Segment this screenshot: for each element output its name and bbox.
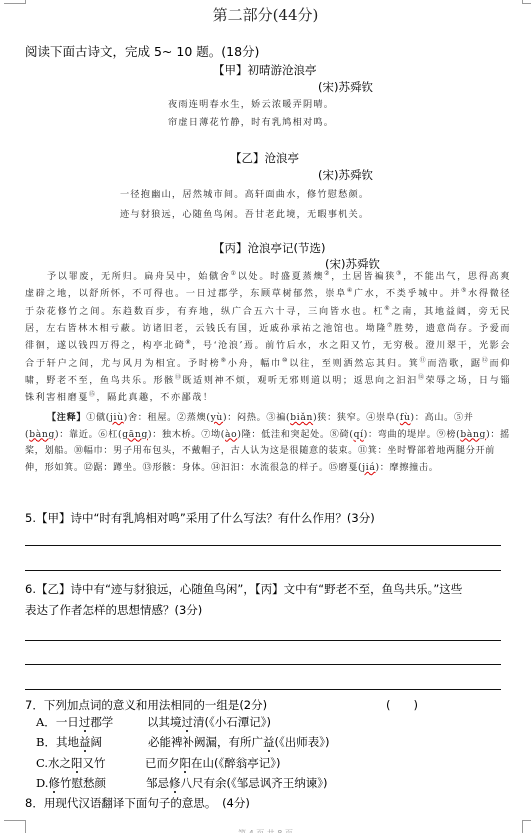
option-right-text: 必能裨补阙漏，有所广 (148, 735, 263, 749)
prose-text: 既适则神不烦，观听无邪则道以明；返思向之汩汩 (182, 376, 417, 386)
prose-bing-title: 【丙】沧浪亭记(节选) (213, 240, 325, 256)
q5-answer-line-1[interactable] (25, 545, 501, 546)
poem-yi-line-1: 一径抱幽山，居然城市间。高轩面曲水，修竹慰愁颜。 (120, 186, 369, 200)
annotation-text: )：独木桥。⑦坳( (148, 430, 225, 440)
poem-yi-author: (宋)苏舜钦 (318, 167, 373, 183)
option-right-text: 以其境 (147, 715, 182, 729)
poem-jia-line-2: 帘虚日薄花竹静，时有乳鸠相对鸣。 (168, 114, 334, 128)
q7-option-a[interactable]: A．一日过郡学 (36, 714, 113, 730)
dotted-word: 修 (48, 776, 60, 790)
option-left-text: 竹慰愁颜 (60, 776, 106, 790)
annotations: 【注释】①僦(jiù)舍：租屋。②蒸燠(yù)：闷热。③褊(biǎn)狭：狭窄。… (25, 410, 511, 477)
q7-option-d[interactable]: D.修竹慰愁颜 (36, 775, 106, 791)
annotation-text: )隆：低洼和突起处。⑧碕( (237, 430, 353, 440)
option-right-text: 在山(《醉翁亭记》) (191, 756, 280, 770)
pinyin: qí (354, 430, 364, 440)
prose-text: 小舟，幅巾 (228, 359, 282, 369)
reading-instruction: 阅读下面古诗文，完成 5~ 10 题。(18分) (25, 42, 259, 60)
question-8: 8．用现代汉语翻译下面句子的意思。 (4分) (25, 795, 250, 811)
footnote-marker: ⑨ (221, 357, 228, 364)
option-left-text: 郡学 (90, 715, 113, 729)
q7-option-c[interactable]: C.水之阳又竹 (36, 755, 106, 771)
option-label: D. (36, 776, 48, 790)
annotation-text: )：闷热。③褊( (223, 413, 290, 423)
dotted-word: 修 (169, 776, 181, 790)
q6-answer-line-2[interactable] (25, 664, 501, 665)
q7-option-a-comparison: 以其境过清(《小石潭记》) (147, 714, 271, 730)
dotted-word: 阳 (180, 756, 192, 770)
prose-text: ，土居皆褊狭 (331, 272, 396, 282)
section-title: 第二部分(44分) (0, 4, 531, 25)
annotations-label: 【注释】 (47, 412, 86, 423)
annotation-text: )狭：狭窄。④崇阜( (313, 413, 400, 423)
poem-yi-title: 【乙】沧浪亭 (230, 150, 299, 166)
dotted-word: 过 (79, 715, 91, 729)
annotation-text: )：弯曲的堤岸。⑨榜( (364, 430, 461, 440)
option-right-text: 已而夕 (145, 756, 180, 770)
question-6-line-2: 表达了作者怎样的思想情感？(3分) (25, 602, 202, 618)
option-label: B． (36, 735, 56, 749)
option-left-text: 阔 (90, 735, 102, 749)
q5-answer-line-2[interactable] (25, 570, 501, 571)
footnote-marker: ④ (347, 287, 354, 294)
poem-jia-line-1: 夜雨连明春水生，娇云浓暖弄阴晴。 (168, 96, 334, 110)
prose-paragraph: 予以罪废，无所归。扁舟吴中，始僦舍①以处。时盛夏蒸燠②，土居皆褊狭③，不能出气，… (25, 267, 511, 406)
pinyin: yù (211, 413, 223, 423)
option-right-text: (《出师表》) (275, 735, 330, 749)
pinyin: jiá (362, 463, 375, 473)
pinyin: fù (400, 413, 411, 423)
annotation-text: )舍：租屋。②蒸燠( (124, 413, 211, 423)
question-6-line-1: 6.【乙】诗中有“迹与豺狼远，心随鱼鸟闲”，【丙】文中有“野老不至，鱼鸟共乐。”… (25, 581, 462, 597)
poem-jia-author: (宋)苏舜钦 (318, 79, 373, 95)
option-left-text: 水之 (48, 756, 71, 770)
option-left-text: 其地 (56, 735, 79, 749)
q6-answer-line-1[interactable] (25, 640, 501, 641)
poem-jia-title: 【甲】初晴游沧浪亭 (213, 62, 317, 78)
option-label: A． (36, 715, 56, 729)
pinyin: ào (225, 430, 237, 440)
option-right-text: 邹忌 (146, 776, 169, 790)
footnote-marker: ⑦ (387, 322, 394, 329)
option-right-text: 清(《小石潭记》) (193, 715, 271, 729)
question-7-answer-bracket[interactable]: ( ) (386, 697, 418, 713)
prose-text: 予以罪废，无所归。扁舟吴中，始僦舍 (47, 272, 231, 282)
prose-text: ，隔此真趣，不亦鄙哉！ (96, 393, 213, 403)
option-right-text: 八尺有余(《邹忌讽齐王纳谏》) (181, 776, 328, 790)
annotation-text: )：靠近。⑥杠( (55, 430, 122, 440)
prose-text: 而浩歌，踞 (427, 359, 481, 369)
option-left-text: 又竹 (83, 756, 106, 770)
dotted-word: 益 (79, 735, 91, 749)
page-footer: 第 4 页 共 8 页 (0, 828, 531, 833)
question-5: 5.【甲】诗中“时有乳鸠相对鸣”采用了什么写法？有什么作用？(3分) (25, 510, 375, 526)
q7-option-d-comparison: 邹忌修八尺有余(《邹忌讽齐王纳谏》) (146, 775, 327, 791)
pinyin: bàng (29, 430, 55, 440)
poem-yi-line-2: 迹与豺狼远，心随鱼鸟闲。吾甘老此境，无暇事机关。 (120, 206, 369, 220)
q7-option-b[interactable]: B．其地益阔 (36, 734, 102, 750)
question-7: 7．下列加点词的意义和用法相同的一组是(2分) (25, 697, 267, 713)
prose-bing-body: 予以罪废，无所归。扁舟吴中，始僦舍①以处。时盛夏蒸燠②，土居皆褊狭③，不能出气，… (25, 267, 511, 406)
pinyin: gāng (122, 430, 148, 440)
annotation-text: )：摩擦撞击。 (376, 463, 439, 473)
prose-text: 广水，不类乎城中。并 (354, 289, 461, 299)
footnote-marker: ① (231, 270, 238, 277)
q7-option-c-comparison: 已而夕阳在山(《醉翁亭记》) (145, 755, 280, 771)
pinyin: bàng (460, 430, 486, 440)
q7-option-b-comparison: 必能裨补阙漏，有所广益(《出师表》) (148, 734, 329, 750)
prose-text: 以往，至则洒然忘其归。箕 (289, 359, 419, 369)
annotations-paragraph: 【注释】①僦(jiù)舍：租屋。②蒸燠(yù)：闷热。③褊(biǎn)狭：狭窄。… (25, 410, 511, 477)
annotation-text: ①僦( (86, 413, 110, 423)
option-label: C. (36, 756, 48, 770)
dotted-word: 阳 (71, 756, 83, 770)
dotted-word: 益 (263, 735, 275, 749)
q6-answer-line-3[interactable] (25, 689, 501, 690)
option-left-text: 一日 (56, 715, 79, 729)
pinyin: jiù (110, 413, 124, 423)
dotted-word: 过 (182, 715, 194, 729)
pinyin: biǎn (290, 413, 313, 423)
prose-text: 以处。时盛夏蒸燠 (238, 272, 324, 282)
